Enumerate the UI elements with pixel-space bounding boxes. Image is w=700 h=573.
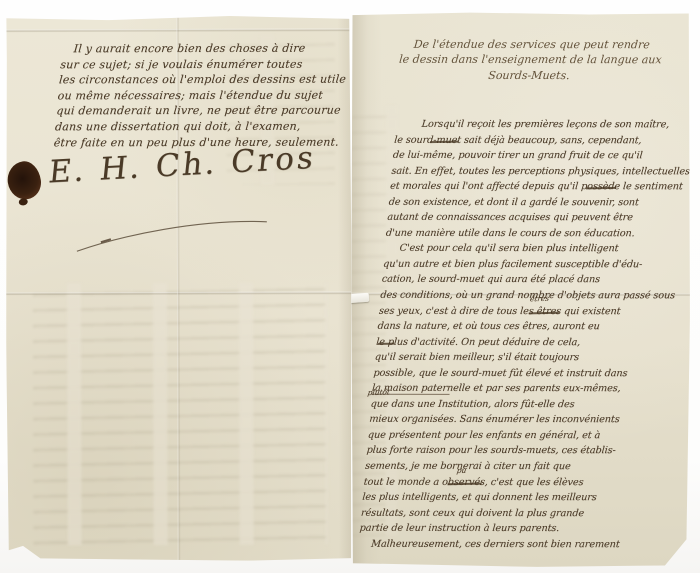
signature-flourish (71, 211, 273, 256)
handwritten-line: plus forte raison pour les sourds-muets,… (366, 443, 659, 459)
title-line: De l'étendue des services que peut rendr… (391, 37, 672, 53)
handwritten-line: qu'il serait bien meilleur, s'il était t… (374, 350, 667, 366)
handwritten-line: cation, le sourd-muet qui aura été placé… (381, 272, 674, 288)
right-page: De l'étendue des services que peut rendr… (350, 11, 692, 569)
wax-seal-stain (5, 159, 43, 201)
manuscript-photo: Il y aurait encore bien des choses à dir… (0, 0, 700, 573)
fold-crease (4, 29, 351, 33)
handwritten-line: dans une dissertation qui doit, à l'exam… (54, 119, 339, 135)
inserted-word: plutôt (367, 388, 390, 397)
essay-title: De l'étendue des services que peut rendr… (388, 37, 672, 83)
handwritten-line: d'une manière utile dans le cours de son… (385, 226, 678, 242)
handwritten-line: autant de connaissances acquises qui peu… (387, 210, 680, 226)
handwritten-line: dans la nature, et où tous ces êtres, au… (377, 319, 670, 335)
handwritten-line: résultats, sont ceux qui doivent la plus… (360, 505, 653, 521)
handwritten-line: sur ce sujet; si je voulais énumérer tou… (60, 56, 345, 72)
ink-showthrough (33, 283, 328, 546)
handwritten-line: Il y aurait encore bien des choses à dir… (61, 41, 346, 57)
handwritten-line: Malheureusement, ces derniers sont bien … (357, 536, 650, 552)
handwritten-line: et morales qui l'ont affecté depuis qu'i… (389, 179, 682, 195)
title-line: Sourds-Muets. (388, 67, 669, 83)
handwritten-line: mieux organisées. Sans énumérer les inco… (369, 412, 662, 428)
handwritten-line: les plus intelligents, et qui donnent le… (362, 490, 655, 506)
handwritten-line: tout le monde a observés, c'est que les … (363, 474, 656, 490)
ink-strike (378, 343, 394, 345)
handwritten-line: ou même nécessaires; mais l'étendue du s… (57, 87, 342, 103)
handwritten-line: le plus d'activité. On peut déduire de c… (375, 334, 668, 350)
handwritten-line: Lorsqu'il reçoit les premières leçons de… (395, 117, 688, 133)
handwritten-line: des conditions, où un grand nombre d'obj… (380, 288, 673, 304)
handwritten-line: possible, que le sourd-muet fût élevé et… (373, 365, 666, 381)
inserted-word: êtres (529, 295, 549, 304)
handwritten-line: partie de leur instruction à leurs paren… (359, 521, 652, 537)
handwritten-line: sait. En effet, toutes les perceptions p… (391, 163, 684, 179)
handwritten-line: ses yeux, c'est à dire de tous les êtres… (378, 303, 671, 319)
wax-seal-stain (18, 198, 28, 206)
handwritten-line: les circonstances où l'emploi des dessin… (58, 72, 343, 88)
inserted-word: pu (456, 467, 467, 475)
handwritten-line: sements, je me bornerai à citer un fait … (364, 459, 657, 475)
handwritten-line: que dans une Institution, alors fût-elle… (370, 397, 663, 413)
essay-body: Lorsqu'il reçoit les premières leçons de… (357, 117, 688, 553)
handwritten-line: de lui-même, pouvoir tirer un grand frui… (392, 148, 685, 164)
handwritten-line: C'est pour cela qu'il sera bien plus int… (384, 241, 677, 257)
handwritten-line: de son existence, et dont il a gardé le … (388, 195, 681, 211)
letter-closing-text: Il y aurait encore bien des choses à dir… (53, 41, 346, 151)
title-line: le dessin dans l'enseignement de la lang… (390, 52, 671, 68)
handwritten-line: qu'un autre et bien plus facilement susc… (382, 257, 675, 273)
handwritten-line: que présentent pour les enfants en génér… (367, 428, 660, 444)
left-page: Il y aurait encore bien des choses à dir… (4, 15, 352, 564)
handwritten-line: qui demanderait un livre, ne peut être p… (56, 103, 341, 119)
